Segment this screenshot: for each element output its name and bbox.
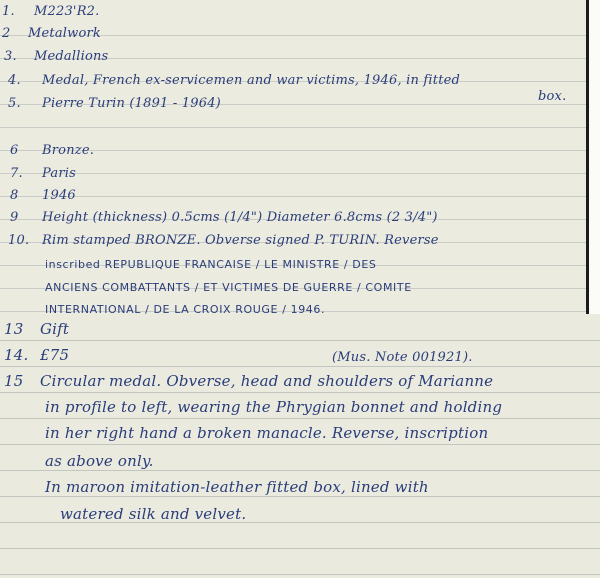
- line-number: 1.: [2, 4, 24, 19]
- description: in her right hand a broken manacle. Reve…: [45, 424, 488, 442]
- line-number: 14.: [4, 346, 26, 364]
- line-date: 81946: [10, 188, 76, 203]
- page-edge: [589, 0, 600, 316]
- line-category: 2Metalwork: [2, 26, 101, 41]
- maker: Pierre Turin (1891 - 1964): [42, 96, 221, 111]
- dimensions: Height (thickness) 0.5cms (1/4") Diamete…: [42, 210, 438, 225]
- category: Metalwork: [28, 26, 101, 41]
- line-subcategory: 3.Medallions: [4, 49, 108, 64]
- line-number: 8: [10, 188, 32, 203]
- line-acquisition: 13Gift: [4, 320, 69, 338]
- line-description-4: as above only.: [45, 452, 154, 470]
- line-accession-number: 1.M223'R2.: [2, 4, 100, 19]
- line-material: 6Bronze.: [10, 143, 94, 158]
- line-case: In maroon imitation-leather fitted box, …: [45, 478, 429, 496]
- marks: Rim stamped BRONZE. Obverse signed P. TU…: [42, 233, 439, 248]
- inscription: ANCIENS COMBATTANTS / ET VICTIMES DE GUE…: [45, 281, 412, 294]
- place: Paris: [42, 166, 76, 181]
- line-number: 6: [10, 143, 32, 158]
- line-case-2: watered silk and velvet.: [60, 505, 246, 523]
- line-number: 9: [10, 210, 32, 225]
- line-description: 15Circular medal. Obverse, head and shou…: [4, 372, 493, 390]
- line-dimensions: 9Height (thickness) 0.5cms (1/4") Diamet…: [10, 210, 438, 225]
- bottom-sheet: 13Gift 14.£75 (Mus. Note 001921). 15Circ…: [0, 314, 600, 578]
- line-inscription-1: inscribed REPUBLIQUE FRANCAISE / LE MINI…: [45, 258, 377, 271]
- object-name: Medal, French ex-servicemen and war vict…: [42, 73, 460, 88]
- description: in profile to left, wearing the Phrygian…: [45, 398, 502, 416]
- line-marks: 10.Rim stamped BRONZE. Obverse signed P.…: [8, 233, 439, 248]
- valuation: £75: [40, 346, 69, 364]
- material: Bronze.: [42, 143, 94, 158]
- top-sheet: 1.M223'R2. 2Metalwork 3.Medallions 4.Med…: [0, 0, 589, 318]
- date: 1946: [42, 188, 76, 203]
- description: Circular medal. Obverse, head and should…: [40, 372, 493, 390]
- object-name-continued: box.: [538, 89, 566, 104]
- accession-number: M223'R2.: [34, 4, 100, 19]
- subcategory: Medallions: [34, 49, 108, 64]
- description: as above only.: [45, 452, 154, 470]
- case-description: watered silk and velvet.: [60, 505, 246, 523]
- case-description: In maroon imitation-leather fitted box, …: [45, 478, 429, 496]
- line-number: 4.: [8, 73, 30, 88]
- line-place: 7.Paris: [10, 166, 76, 181]
- line-number: 10.: [8, 233, 30, 248]
- inscription: inscribed REPUBLIQUE FRANCAISE / LE MINI…: [45, 258, 377, 271]
- line-maker: 5.Pierre Turin (1891 - 1964): [8, 96, 221, 111]
- line-description-3: in her right hand a broken manacle. Reve…: [45, 424, 488, 442]
- line-object-name-cont: box.: [538, 89, 566, 104]
- line-museum-note: (Mus. Note 001921).: [332, 350, 473, 365]
- line-number: 15: [4, 372, 26, 390]
- museum-note: (Mus. Note 001921).: [332, 350, 473, 365]
- line-number: 2: [2, 26, 24, 41]
- line-number: 3.: [4, 49, 26, 64]
- line-number: 5.: [8, 96, 30, 111]
- line-number: 13: [4, 320, 26, 338]
- line-inscription-2: ANCIENS COMBATTANTS / ET VICTIMES DE GUE…: [45, 281, 412, 294]
- line-object-name: 4.Medal, French ex-servicemen and war vi…: [8, 73, 460, 88]
- line-description-2: in profile to left, wearing the Phrygian…: [45, 398, 502, 416]
- line-valuation: 14.£75: [4, 346, 69, 364]
- acquisition-method: Gift: [40, 320, 69, 338]
- line-number: 7.: [10, 166, 32, 181]
